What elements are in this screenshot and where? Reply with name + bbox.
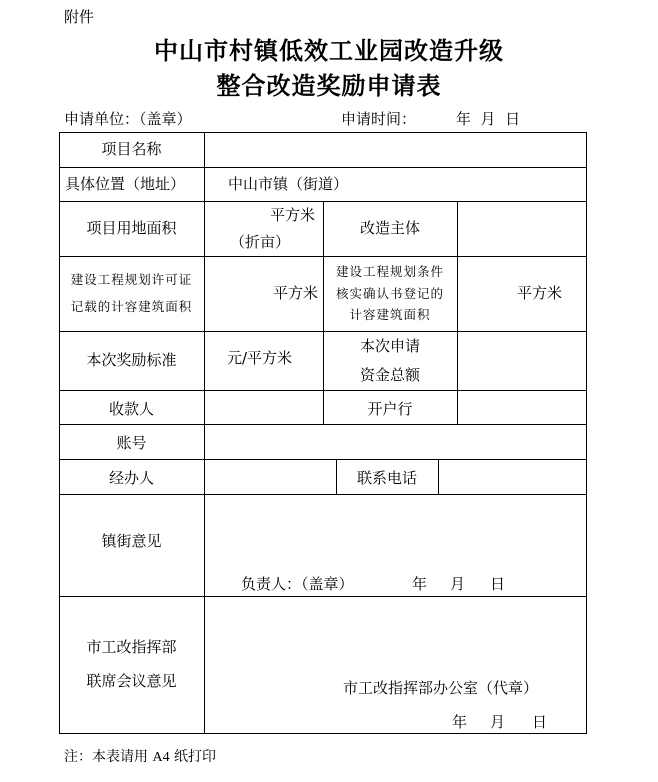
verified-area-label-line1: 建设工程规划条件 — [336, 261, 444, 283]
handler-label: 经办人 — [59, 459, 204, 494]
total-amount-label-line2: 资金总额 — [360, 361, 420, 390]
city-opinion-day: 日 — [532, 711, 547, 732]
permit-area-input[interactable]: 平方米 — [204, 256, 318, 331]
footer-note-prefix: 注：本表请用 — [64, 749, 148, 765]
applicant-unit-label: 申请单位：（盖章） — [64, 108, 192, 129]
apply-time-label: 申请时间： — [341, 108, 416, 129]
handler-input[interactable] — [205, 460, 336, 494]
phone-input[interactable] — [439, 460, 586, 494]
city-opinion-stamp: 市工改指挥部办公室（代章） — [343, 677, 538, 698]
town-opinion-day: 日 — [490, 573, 505, 594]
account-label: 账号 — [59, 424, 204, 459]
project-name-input[interactable] — [205, 133, 586, 167]
apply-date-field[interactable]: 年 月 日 — [456, 108, 520, 129]
total-amount-label-line1: 本次申请 — [360, 332, 420, 361]
verified-area-label: 建设工程规划条件 核实确认书登记的 计容建筑面积 — [323, 256, 457, 331]
footer-note-suffix: 纸打印 — [174, 749, 216, 765]
town-opinion-year: 年 — [412, 573, 427, 594]
land-area-label: 项目用地面积 — [59, 201, 204, 256]
town-opinion-label: 镇街意见 — [59, 494, 204, 596]
city-opinion-month: 月 — [490, 711, 505, 732]
renovation-subject-input[interactable] — [458, 202, 586, 256]
table-border-right — [586, 132, 587, 734]
location-input[interactable]: 中山市镇（街道） — [228, 167, 348, 201]
town-opinion-month: 月 — [450, 573, 465, 594]
total-amount-input[interactable] — [458, 332, 586, 390]
attachment-label: 附件 — [64, 6, 94, 27]
permit-area-label-line2: 记载的计容建筑面积 — [71, 294, 193, 320]
land-area-input[interactable] — [205, 202, 323, 256]
table-border-bottom — [59, 733, 587, 734]
town-opinion-signer: 负责人：（盖章） — [241, 573, 354, 594]
city-opinion-year: 年 — [452, 711, 467, 732]
footer-note-paper-size: A4 — [152, 750, 169, 765]
reward-standard-label: 本次奖励标准 — [59, 331, 204, 390]
project-name-label: 项目名称 — [59, 132, 204, 167]
phone-label: 联系电话 — [336, 459, 438, 494]
bank-label: 开户行 — [323, 390, 457, 424]
city-opinion-label: 市工改指挥部 联席会议意见 — [59, 596, 204, 733]
bank-input[interactable] — [458, 391, 586, 424]
city-opinion-input[interactable] — [205, 597, 586, 733]
page-title-line2: 整合改造奖励申请表 — [0, 66, 658, 101]
page-title-line1: 中山市村镇低效工业园改造升级 — [0, 31, 658, 66]
verified-area-label-line3: 计容建筑面积 — [349, 304, 430, 326]
location-label: 具体位置（地址） — [59, 167, 204, 201]
footer-note: 注：本表请用 A4 纸打印 — [64, 746, 216, 766]
verified-area-input[interactable]: 平方米 — [457, 256, 586, 331]
account-input[interactable] — [205, 425, 586, 459]
permit-area-label-line1: 建设工程规划许可证 — [71, 267, 193, 293]
payee-label: 收款人 — [59, 390, 204, 424]
total-amount-label: 本次申请 资金总额 — [323, 331, 457, 390]
renovation-subject-label: 改造主体 — [323, 201, 457, 256]
city-opinion-label-line2: 联席会议意见 — [86, 665, 176, 699]
reward-standard-input[interactable]: 元/平方米 — [204, 331, 323, 390]
city-opinion-label-line1: 市工改指挥部 — [86, 631, 176, 665]
verified-area-label-line2: 核实确认书登记的 — [336, 283, 444, 305]
payee-input[interactable] — [205, 391, 323, 424]
permit-area-label: 建设工程规划许可证 记载的计容建筑面积 — [59, 256, 204, 331]
